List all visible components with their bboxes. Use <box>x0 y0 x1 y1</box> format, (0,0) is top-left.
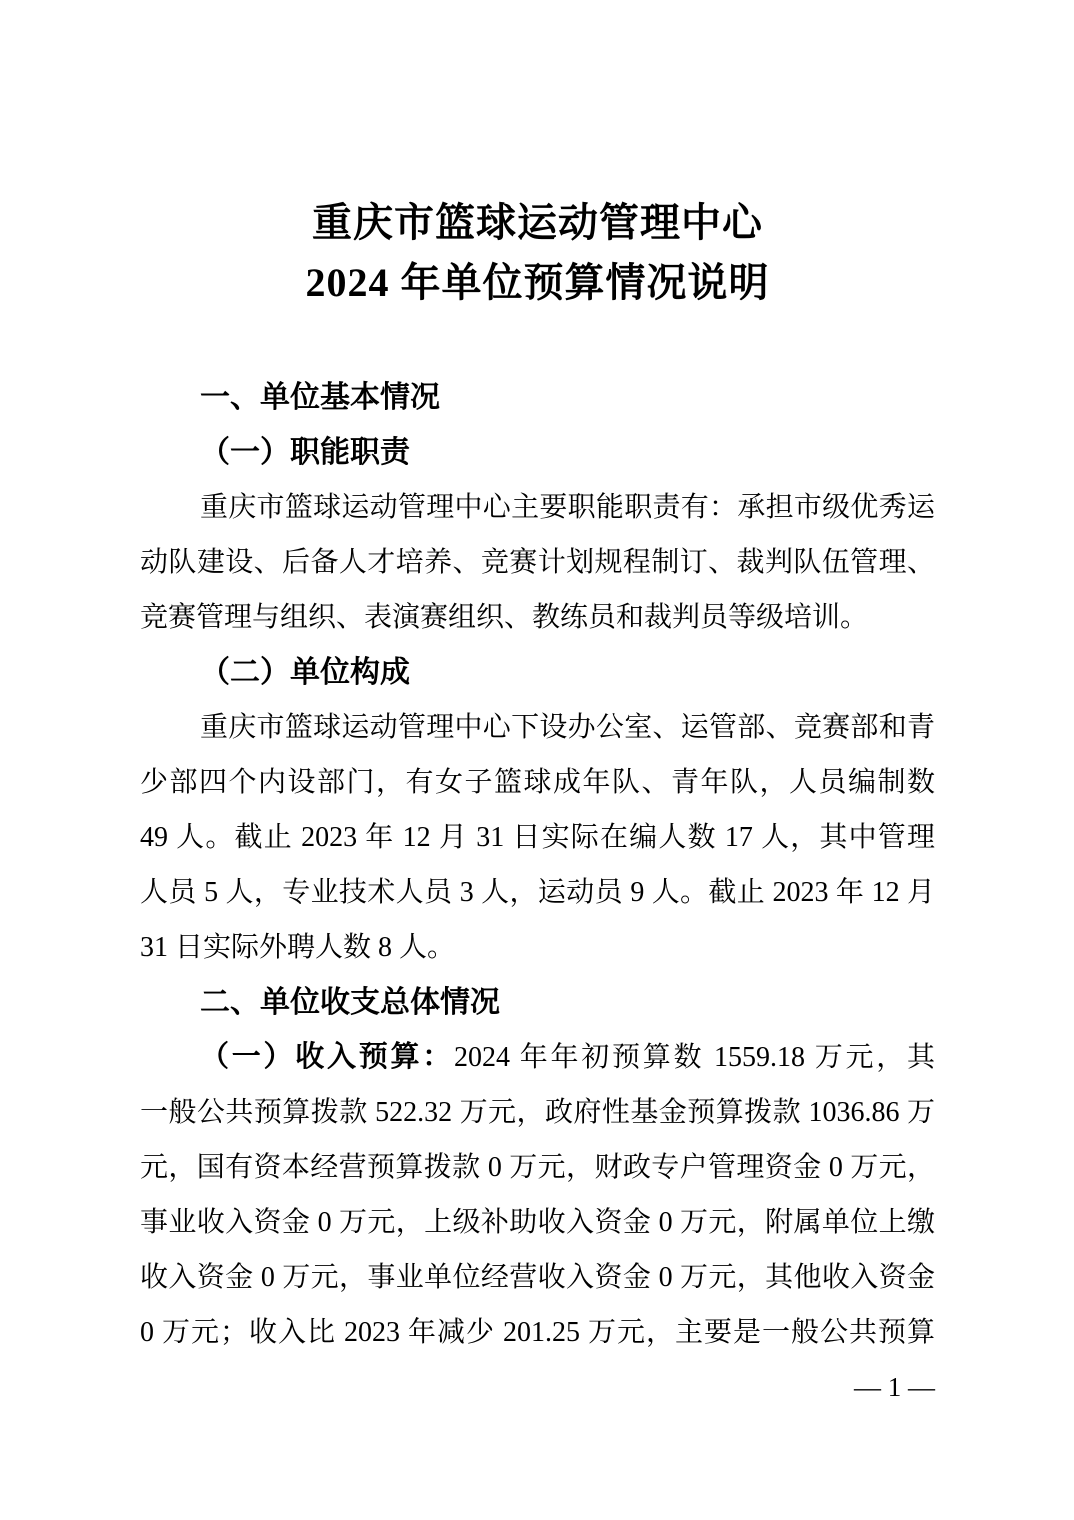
para-line: 31 日实际外聘人数 8 人。 <box>140 920 935 975</box>
section-1-sub-2-heading: （二）单位构成 <box>140 645 935 700</box>
para-line: 竞赛管理与组织、表演赛组织、教练员和裁判员等级培训。 <box>140 590 935 645</box>
document-title-line-2: 2024 年单位预算情况说明 <box>140 253 935 313</box>
document-title: 重庆市篮球运动管理中心 2024 年单位预算情况说明 <box>140 193 935 313</box>
para-line: 人员 5 人，专业技术人员 3 人，运动员 9 人。截止 2023 年 12 月 <box>140 865 935 920</box>
para-line: 一般公共预算拨款 522.32 万元，政府性基金预算拨款 1036.86 万 <box>140 1085 935 1140</box>
document-body: 一、单位基本情况 （一）职能职责 重庆市篮球运动管理中心主要职能职责有：承担市级… <box>140 370 935 1415</box>
para-line: 49 人。截止 2023 年 12 月 31 日实际在编人数 17 人，其中管理 <box>140 810 935 865</box>
para-line: 动队建设、后备人才培养、竞赛计划规程制订、裁判队伍管理、 <box>140 535 935 590</box>
para-line: 元，国有资本经营预算拨款 0 万元，财政专户管理资金 0 万元， <box>140 1140 935 1195</box>
section-1-sub-1-heading: （一）职能职责 <box>140 425 935 480</box>
document-page: 重庆市篮球运动管理中心 2024 年单位预算情况说明 一、单位基本情况 （一）职… <box>0 0 1074 1520</box>
para-line: 重庆市篮球运动管理中心下设办公室、运管部、竞赛部和青 <box>140 700 935 755</box>
income-lead-label: （一）收入预算： <box>200 1041 454 1073</box>
para-line: 重庆市篮球运动管理中心主要职能职责有：承担市级优秀运 <box>140 480 935 535</box>
document-title-line-1: 重庆市篮球运动管理中心 <box>140 193 935 253</box>
para-line-income-first: （一）收入预算：2024 年年初预算数 1559.18 万元，其中： <box>140 1030 935 1085</box>
page-number: — 1 — <box>140 1360 935 1415</box>
para-line: 事业收入资金 0 万元，上级补助收入资金 0 万元，附属单位上缴 <box>140 1195 935 1250</box>
para-line: 0 万元；收入比 2023 年减少 201.25 万元，主要是一般公共预算 <box>140 1305 935 1360</box>
section-1-heading: 一、单位基本情况 <box>140 370 935 425</box>
section-2-heading: 二、单位收支总体情况 <box>140 975 935 1030</box>
para-line: 收入资金 0 万元，事业单位经营收入资金 0 万元，其他收入资金 <box>140 1250 935 1305</box>
para-line: 少部四个内设部门，有女子篮球成年队、青年队，人员编制数 <box>140 755 935 810</box>
